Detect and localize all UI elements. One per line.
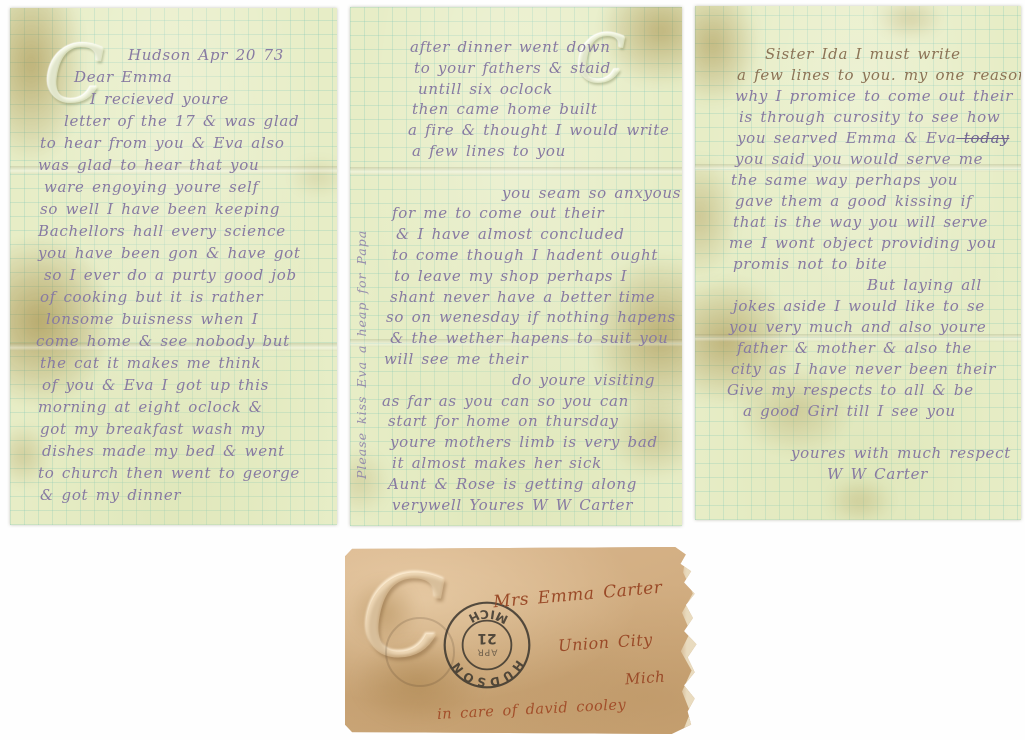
- handwriting-line: dishes made my bed & went: [42, 440, 337, 462]
- handwriting-line: you said you would serve me: [735, 149, 1021, 170]
- handwriting-line: to come though I hadent ought: [392, 245, 682, 266]
- handwriting-line: Hudson Apr 20 73: [128, 44, 337, 66]
- handwriting-line: after dinner went down: [410, 37, 682, 58]
- handwriting-line: start for home on thursday: [388, 411, 682, 432]
- handwriting-line: letter of the 17 & was glad: [64, 110, 337, 132]
- handwriting-block-page-2: after dinner went downto your fathers & …: [350, 7, 682, 515]
- handwriting-line: jokes aside I would like to se: [733, 296, 1021, 317]
- handwriting-line: a few lines to you: [412, 141, 682, 162]
- handwriting-line: morning at eight oclock &: [38, 396, 337, 418]
- handwriting-line: was glad to hear that you: [38, 154, 337, 176]
- handwriting-line: promis not to bite: [733, 254, 1021, 275]
- handwriting-block-page-3: Sister Ida I must writea few lines to yo…: [695, 6, 1021, 485]
- handwriting-line: a fire & thought I would write: [408, 120, 682, 141]
- handwriting-line: untill six oclock: [418, 79, 682, 100]
- address-care-of-line: in care of david cooley: [437, 697, 627, 723]
- handwriting-line: for me to come out their: [392, 203, 682, 224]
- handwriting-line: of cooking but it is rather: [40, 286, 337, 308]
- handwriting-line: to your fathers & staid: [414, 58, 682, 79]
- handwriting-line: so well I have been keeping: [40, 198, 337, 220]
- handwriting-line: come home & see nobody but: [36, 330, 337, 352]
- postmark-stamp: HUDSON MICH APR 21: [441, 599, 533, 691]
- handwriting-line: so on wenesday if nothing hapens: [386, 307, 682, 328]
- handwriting-line: shant never have a better time: [390, 287, 682, 308]
- handwriting-line: W W Carter: [827, 464, 1021, 485]
- handwriting-line: But laying all: [867, 275, 1021, 296]
- handwriting-line: then came home built: [412, 99, 682, 120]
- handwriting-line: [364, 162, 682, 183]
- handwriting-line: youres with much respect: [791, 443, 1021, 464]
- postmark-city-text: HUDSON: [448, 658, 527, 690]
- handwriting-line: a few lines to you. my one reason: [737, 65, 1021, 86]
- handwriting-line: [711, 422, 1021, 443]
- handwriting-line: you very much and also youre: [729, 317, 1021, 338]
- scanned-letter-background: C Hudson Apr 20 73Dear EmmaI recieved yo…: [0, 0, 1025, 740]
- torn-edge: [676, 555, 700, 730]
- handwriting-line: ware engoying youre self: [44, 176, 337, 198]
- handwriting-line: Sister Ida I must write: [765, 44, 1021, 65]
- handwriting-line: it almost makes her sick: [392, 453, 682, 474]
- handwriting-line: of you & Eva I got up this: [42, 374, 337, 396]
- handwriting-line: got my breakfast wash my: [40, 418, 337, 440]
- handwriting-line: Give my respects to all & be: [727, 380, 1021, 401]
- handwriting-line: you seam so anxyous: [502, 183, 682, 204]
- handwriting-block-page-1: Hudson Apr 20 73Dear EmmaI recieved your…: [10, 8, 337, 506]
- handwriting-line: & I have almost concluded: [396, 224, 682, 245]
- handwriting-line: Aunt & Rose is getting along: [388, 474, 682, 495]
- handwriting-line: is through curosity to see how: [739, 107, 1021, 128]
- handwriting-line: Dear Emma: [74, 66, 337, 88]
- handwriting-line: youre mothers limb is very bad: [390, 432, 682, 453]
- handwriting-line: that is the way you will serve: [733, 212, 1021, 233]
- letter-page-2: C Please kiss Eva a heap for Papa after …: [350, 7, 682, 526]
- handwriting-line: the cat it makes me think: [40, 352, 337, 374]
- handwriting-line: do youre visiting: [512, 370, 682, 391]
- handwriting-line: you searved Emma & Eva today: [737, 128, 1021, 149]
- handwriting-line: city as I have never been their: [731, 359, 1021, 380]
- handwriting-line: me I wont object providing you: [729, 233, 1021, 254]
- address-line-city: Union City: [557, 630, 653, 656]
- handwriting-line: lonsome buisness when I: [46, 308, 337, 330]
- struck-out-word: today: [956, 129, 1009, 147]
- handwriting-line: so I ever do a purty good job: [44, 264, 337, 286]
- handwriting-line: I recieved youre: [90, 88, 337, 110]
- handwriting-line: why I promice to come out their: [735, 86, 1021, 107]
- postmark-month-text: APR: [477, 647, 498, 658]
- handwriting-line: Bachellors hall every science: [38, 220, 337, 242]
- handwriting-line: a good Girl till I see you: [743, 401, 1021, 422]
- handwriting-line: to leave my shop perhaps I: [394, 266, 682, 287]
- postmark-day-text: 21: [477, 630, 496, 646]
- handwriting-line: to hear from you & Eva also: [40, 132, 337, 154]
- handwriting-line: to church then went to george: [38, 462, 337, 484]
- letter-page-3: Sister Ida I must writea few lines to yo…: [695, 6, 1021, 520]
- handwriting-line: verywell Youres W W Carter: [392, 495, 682, 516]
- handwriting-line: & the wether hapens to suit you: [390, 328, 682, 349]
- handwriting-line: gave them a good kissing if: [735, 191, 1021, 212]
- handwriting-line: father & mother & also the: [737, 338, 1021, 359]
- handwriting-line: the same way perhaps you: [731, 170, 1021, 191]
- handwriting-line: will see me their: [384, 349, 682, 370]
- letter-page-1: C Hudson Apr 20 73Dear EmmaI recieved yo…: [10, 8, 337, 525]
- handwriting-line: you have been gon & have got: [38, 242, 337, 264]
- handwriting-line: & got my dinner: [40, 484, 337, 506]
- address-line-state: Mich: [624, 668, 665, 689]
- envelope: C HUDSON MICH APR 21 Mrs Emma Carter Uni…: [345, 547, 700, 734]
- handwriting-line: as far as you can so you can: [382, 391, 682, 412]
- address-line-recipient: Mrs Emma Carter: [492, 578, 663, 613]
